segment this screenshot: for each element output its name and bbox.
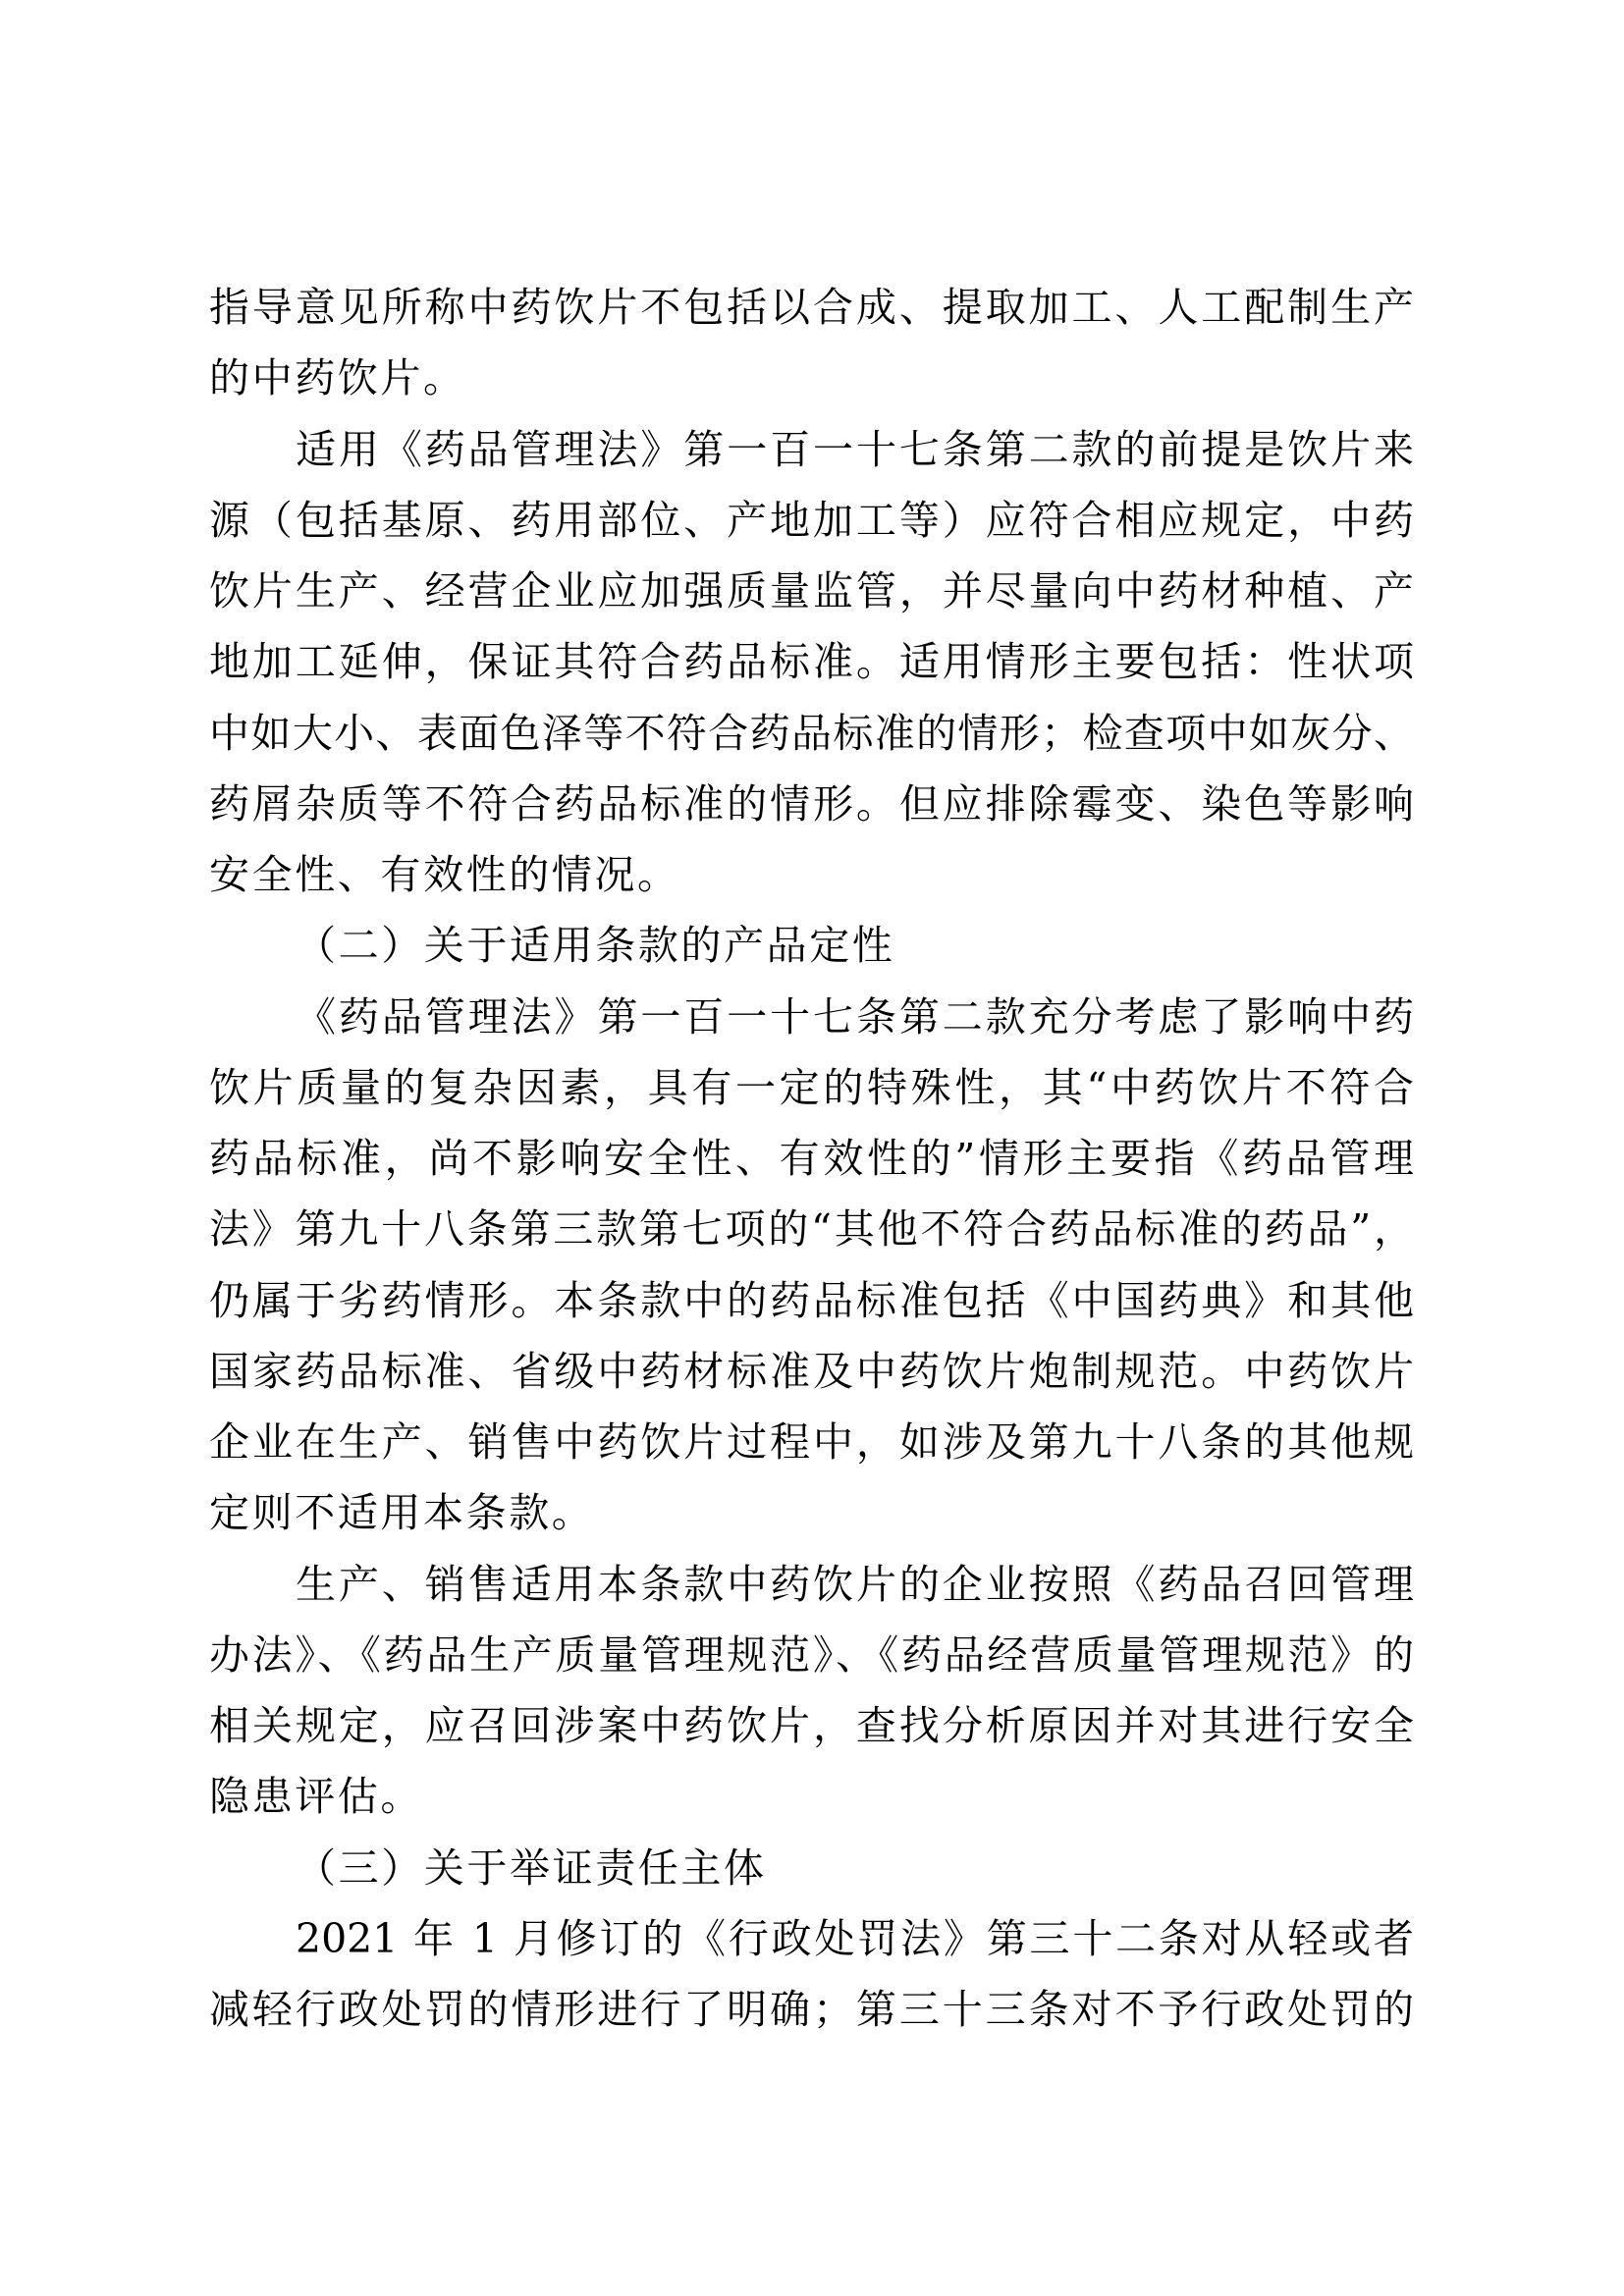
text-line: 法》第九十八条第三款第七项的“其他不符合药品标准的药品”， — [209, 1200, 1414, 1270]
text-line: 地加工延伸，保证其符合药品标准。适用情形主要包括：性状项 — [209, 632, 1414, 703]
paragraph-start-line: 2021 年 1 月修订的《行政处罚法》第三十二条对从轻或者 — [209, 1909, 1414, 1980]
text-line: 企业在生产、销售中药饮片过程中，如涉及第九十八条的其他规 — [209, 1413, 1414, 1483]
text-line: 中如大小、表面色泽等不符合药品标准的情形；检查项中如灰分、 — [209, 704, 1414, 774]
section-heading: （二）关于适用条款的产品定性 — [209, 916, 1414, 987]
text-line: 办法》、《药品生产质量管理规范》、《药品经营质量管理规范》的 — [209, 1626, 1414, 1696]
text-line: 仍属于劣药情形。本条款中的药品标准包括《中国药典》和其他 — [209, 1271, 1414, 1342]
text-line: 国家药品标准、省级中药材标准及中药饮片炮制规范。中药饮片 — [209, 1342, 1414, 1413]
text-line: 源（包括基原、药用部位、产地加工等）应符合相应规定，中药 — [209, 491, 1414, 561]
paragraph-start-line: 生产、销售适用本条款中药饮片的企业按照《药品召回管理 — [209, 1555, 1414, 1626]
text-line: 的中药饮片。 — [209, 348, 1414, 419]
text-line: 药品标准，尚不影响安全性、有效性的”情形主要指《药品管理 — [209, 1129, 1414, 1200]
section-heading: （三）关于举证责任主体 — [209, 1839, 1414, 1909]
text-line: 指导意见所称中药饮片不包括以合成、提取加工、人工配制生产 — [209, 278, 1414, 348]
text-line: 饮片生产、经营企业应加强质量监管，并尽量向中药材种植、产 — [209, 561, 1414, 632]
paragraph-start-line: 适用《药品管理法》第一百一十七条第二款的前提是饮片来 — [209, 420, 1414, 491]
text-line: 相关规定，应召回涉案中药饮片，查找分析原因并对其进行安全 — [209, 1696, 1414, 1767]
document-body: 指导意见所称中药饮片不包括以合成、提取加工、人工配制生产 的中药饮片。 适用《药… — [209, 278, 1414, 2051]
text-line: 定则不适用本条款。 — [209, 1483, 1414, 1554]
text-line: 安全性、有效性的情况。 — [209, 845, 1414, 916]
document-page: 指导意见所称中药饮片不包括以合成、提取加工、人工配制生产 的中药饮片。 适用《药… — [0, 0, 1624, 2296]
text-line: 减轻行政处罚的情形进行了明确；第三十三条对不予行政处罚的 — [209, 1980, 1414, 2051]
text-line: 饮片质量的复杂因素，具有一定的特殊性，其“中药饮片不符合 — [209, 1058, 1414, 1129]
text-line: 隐患评估。 — [209, 1767, 1414, 1838]
paragraph-start-line: 《药品管理法》第一百一十七条第二款充分考虑了影响中药 — [209, 988, 1414, 1058]
text-line: 药屑杂质等不符合药品标准的情形。但应排除霉变、染色等影响 — [209, 774, 1414, 845]
